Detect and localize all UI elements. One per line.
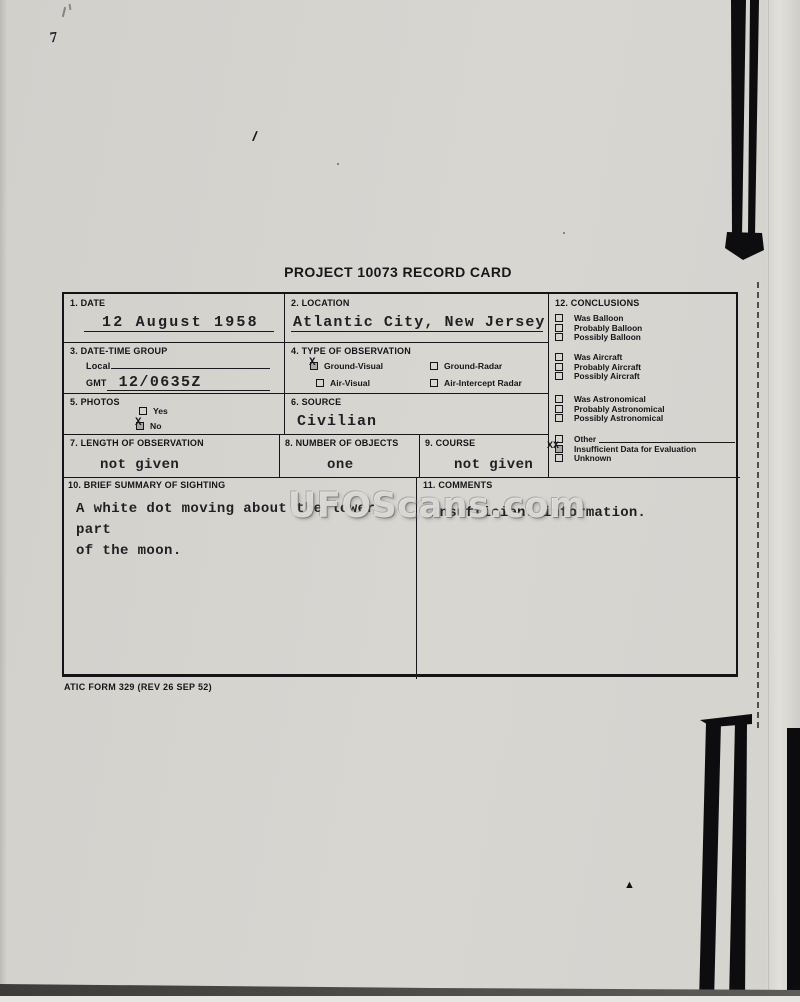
field-date: 1. DATE 12 August 1958 (64, 294, 285, 343)
field-label: 2. LOCATION (291, 298, 350, 308)
scan-speck (337, 163, 339, 165)
checkbox-icon (139, 407, 147, 415)
field-location: 2. LOCATION Atlantic City, New Jersey (285, 294, 549, 343)
field-date-time-group: 3. DATE-TIME GROUP Local GMT 12/0635Z (64, 343, 285, 394)
course-value: not given (454, 457, 533, 473)
field-source: 6. SOURCE Civilian (285, 394, 549, 435)
option-photos-no: X No (136, 421, 161, 431)
field-label: 8. NUMBER OF OBJECTS (285, 438, 399, 448)
scan-speck (563, 232, 565, 234)
field-conclusions: 12. CONCLUSIONS Was Balloon Probably Bal… (549, 294, 740, 478)
conclusion-item: Possibly Aircraft (555, 371, 735, 381)
field-label: 12. CONCLUSIONS (555, 298, 640, 308)
checkbox-icon (555, 314, 563, 322)
conclusion-item: Was Aircraft (555, 352, 735, 362)
page-edge-black-strip (787, 728, 800, 992)
conclusion-item: Unknown (555, 454, 735, 464)
field-photos: 5. PHOTOS Yes X No (64, 394, 285, 435)
source-value: Civilian (297, 413, 377, 430)
page-left-shadow (0, 0, 7, 1002)
checkbox-icon: X (136, 422, 144, 430)
triangle-mark: ▲ (624, 879, 635, 891)
local-label: Local (86, 361, 111, 371)
field-type-of-observation: 4. TYPE OF OBSERVATION X Ground-Visual G… (285, 343, 549, 394)
form-id-footer: ATIC FORM 329 (REV 26 SEP 52) (64, 682, 212, 692)
checkbox-icon (555, 333, 563, 341)
checkbox-icon (555, 395, 563, 403)
date-value: 12 August 1958 (84, 314, 274, 332)
scanned-page: 7 / ▲ PROJECT 10073 RECORD CARD 1. DATE … (0, 0, 800, 1002)
page-edge-seam (768, 0, 769, 1002)
option-air-intercept-radar: Air-Intercept Radar (430, 378, 522, 388)
local-blank-line (111, 358, 270, 369)
gmt-label: GMT (86, 378, 107, 388)
binding-mark-top (705, 0, 765, 266)
option-ground-visual: X Ground-Visual (310, 361, 383, 371)
slash-mark: / (251, 128, 258, 144)
checkbox-icon (555, 372, 563, 380)
checkbox-icon (430, 379, 438, 387)
checkbox-icon (555, 414, 563, 422)
other-blank-line (599, 436, 735, 443)
checkbox-icon: X (310, 362, 318, 370)
field-label: 5. PHOTOS (70, 397, 120, 407)
record-card: 1. DATE 12 August 1958 2. LOCATION Atlan… (62, 292, 738, 677)
conclusion-item: Probably Astronomical (555, 404, 735, 414)
field-number-of-objects: 8. NUMBER OF OBJECTS one (280, 435, 420, 478)
conclusions-list: Was Balloon Probably Balloon Possibly Ba… (555, 313, 735, 463)
field-label: 6. SOURCE (291, 397, 341, 407)
field-label: 4. TYPE OF OBSERVATION (291, 346, 411, 356)
field-label: 1. DATE (70, 298, 105, 308)
gmt-value: 12/0635Z (107, 374, 270, 391)
binding-dashed-line (757, 282, 759, 728)
conclusion-item: Possibly Balloon (555, 332, 735, 342)
watermark: UFOScans.com (288, 486, 586, 526)
field-label: 10. BRIEF SUMMARY OF SIGHTING (68, 480, 225, 490)
conclusion-item: Possibly Astronomical (555, 414, 735, 424)
pen-scribble-mark (69, 4, 71, 10)
checkbox-icon: XX (555, 445, 563, 453)
field-label: 9. COURSE (425, 438, 475, 448)
conclusion-item: Probably Balloon (555, 323, 735, 333)
field-label: 7. LENGTH OF OBSERVATION (70, 438, 204, 448)
pen-mark: 7 (49, 30, 58, 48)
field-length-of-observation: 7. LENGTH OF OBSERVATION not given (64, 435, 280, 478)
page-bottom-white-strip (0, 996, 800, 1002)
pen-scribble-mark (62, 7, 66, 17)
binding-mark-bottom (698, 712, 756, 1002)
conclusion-item: Was Balloon (555, 313, 735, 323)
option-air-visual: Air-Visual (316, 378, 370, 388)
checkbox-icon (555, 454, 563, 462)
checkbox-icon (555, 353, 563, 361)
field-course: 9. COURSE not given (420, 435, 549, 478)
option-ground-radar: Ground-Radar (430, 361, 502, 371)
page-title: PROJECT 10073 RECORD CARD (62, 264, 734, 280)
conclusion-item-other: Other (555, 434, 735, 444)
length-value: not given (100, 457, 179, 473)
checkbox-icon (316, 379, 324, 387)
checkbox-icon (555, 363, 563, 371)
checkbox-icon (555, 324, 563, 332)
checkbox-icon (555, 405, 563, 413)
option-photos-yes: Yes (139, 406, 168, 416)
number-value: one (327, 457, 354, 473)
location-value: Atlantic City, New Jersey (291, 314, 543, 332)
checkbox-icon (430, 362, 438, 370)
field-label: 3. DATE-TIME GROUP (70, 346, 167, 356)
conclusion-item: Was Astronomical (555, 394, 735, 404)
conclusion-item-insufficient-data: XX Insufficient Data for Evaluation (555, 444, 735, 454)
conclusion-item: Probably Aircraft (555, 362, 735, 372)
